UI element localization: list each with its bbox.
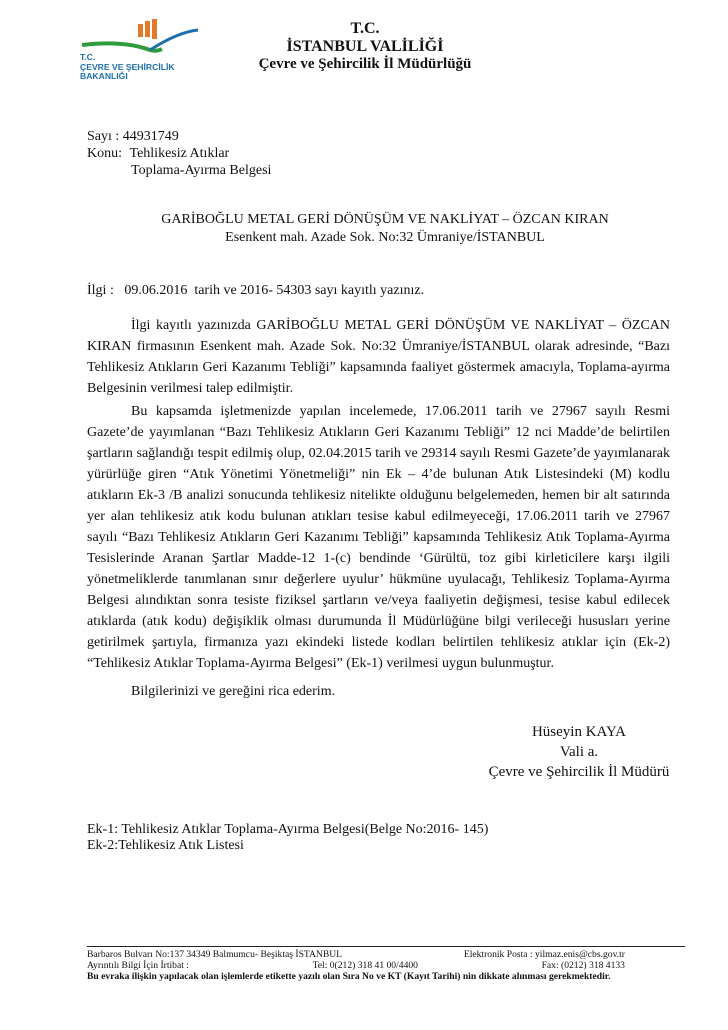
signature-block: Hüseyin KAYA Vali a. Çevre ve Şehircilik… bbox=[460, 722, 698, 782]
header-tc: T.C. bbox=[200, 20, 530, 38]
header-directorate: Çevre ve Şehircilik İl Müdürlüğü bbox=[200, 56, 530, 73]
footer-notice: Bu evraka ilişkin yapılacak olan işlemle… bbox=[87, 971, 625, 982]
footer-tel: Tel: 0(212) 318 41 00/4400 bbox=[313, 960, 418, 971]
footer-address: Barbaros Bulvarı No:137 34349 Balmumcu- … bbox=[87, 949, 342, 960]
closing-line: Bilgilerinizi ve gereğini rica ederim. bbox=[87, 681, 670, 702]
logo-line-bakanlik: BAKANLIĞI bbox=[80, 72, 175, 82]
header-governorship: İSTANBUL VALİLİĞİ bbox=[200, 38, 530, 56]
body-paragraph-1: İlgi kayıtlı yazınızda GARİBOĞLU METAL G… bbox=[87, 315, 670, 399]
konu-label: Konu: bbox=[87, 146, 122, 161]
signatory-title-1: Vali a. bbox=[460, 742, 698, 762]
logo-text: T.C. ÇEVRE VE ŞEHİRCİLİK BAKANLIĞI bbox=[80, 53, 175, 82]
signatory-title-2: Çevre ve Şehircilik İl Müdürü bbox=[460, 762, 698, 782]
sayi-value: : 44931749 bbox=[115, 129, 178, 144]
subject: Konu: Tehlikesiz Atıklar bbox=[87, 145, 229, 162]
document-number: Sayı : 44931749 bbox=[87, 128, 179, 145]
konu-line-1: Tehlikesiz Atıklar bbox=[130, 146, 230, 161]
attachment-2: Ek-2:Tehlikesiz Atık Listesi bbox=[87, 838, 244, 854]
reference-line: İlgi : 09.06.2016 tarih ve 2016- 54303 s… bbox=[87, 282, 424, 299]
sayi-label: Sayı bbox=[87, 129, 112, 144]
footer-divider bbox=[87, 946, 685, 947]
attachment-1: Ek-1: Tehlikesiz Atıklar Toplama-Ayırma … bbox=[87, 822, 488, 838]
footer-row-1: Barbaros Bulvarı No:137 34349 Balmumcu- … bbox=[87, 949, 625, 960]
body-paragraph-2: Bu kapsamda işletmenizde yapılan incelem… bbox=[87, 401, 670, 674]
ministry-emblem-icon bbox=[78, 18, 208, 58]
recipient-name: GARİBOĞLU METAL GERİ DÖNÜŞÜM VE NAKLİYAT… bbox=[80, 212, 690, 228]
footer-fax: Fax: (0212) 318 4133 bbox=[542, 960, 625, 971]
footer-contact-label: Ayrıntılı Bilgi İçin İrtibat : bbox=[87, 960, 189, 971]
konu-line-2: Toplama-Ayırma Belgesi bbox=[131, 162, 271, 179]
footer-email: Elektronik Posta : yilmaz.enis@cbs.gov.t… bbox=[464, 949, 625, 960]
ministry-logo: T.C. ÇEVRE VE ŞEHİRCİLİK BAKANLIĞI bbox=[78, 18, 208, 84]
recipient-address: Esenkent mah. Azade Sok. No:32 Ümraniye/… bbox=[80, 230, 690, 246]
signatory-name: Hüseyin KAYA bbox=[460, 722, 698, 742]
footer-row-2: Ayrıntılı Bilgi İçin İrtibat : Tel: 0(21… bbox=[87, 960, 625, 971]
